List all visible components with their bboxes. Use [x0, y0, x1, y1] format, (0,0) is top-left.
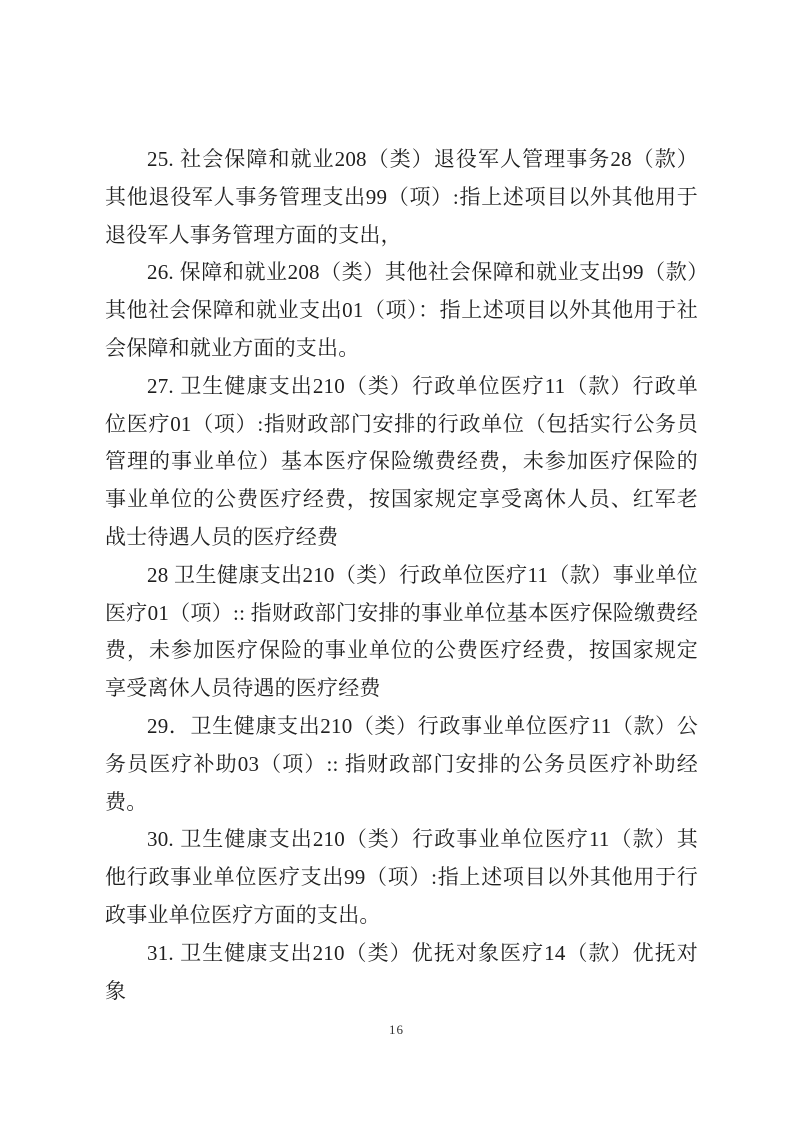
- paragraph: 27. 卫生健康支出210（类）行政单位医疗11（款）行政单位医疗01（项）:指…: [105, 368, 698, 557]
- document-page: 25. 社会保障和就业208（类）退役军人管理事务28（款）其他退役军人事务管理…: [0, 0, 793, 1122]
- paragraph: 26. 保障和就业208（类）其他社会保障和就业支出99（款）其他社会保障和就业…: [105, 254, 698, 367]
- paragraph: 28 卫生健康支出210（类）行政单位医疗11（款）事业单位医疗01（项）:: …: [105, 557, 698, 708]
- paragraph: 25. 社会保障和就业208（类）退役军人管理事务28（款）其他退役军人事务管理…: [105, 141, 698, 254]
- page-footer: 16: [0, 1021, 793, 1039]
- paragraph: 31. 卫生健康支出210（类）优抚对象医疗14（款）优抚对象: [105, 935, 698, 1011]
- paragraph: 29．卫生健康支出210（类）行政事业单位医疗11（款）公务员医疗补助03（项）…: [105, 708, 698, 821]
- page-number: 16: [389, 1022, 404, 1037]
- paragraph: 30. 卫生健康支出210（类）行政事业单位医疗11（款）其他行政事业单位医疗支…: [105, 821, 698, 934]
- paragraph-list: 25. 社会保障和就业208（类）退役军人管理事务28（款）其他退役军人事务管理…: [105, 141, 698, 1010]
